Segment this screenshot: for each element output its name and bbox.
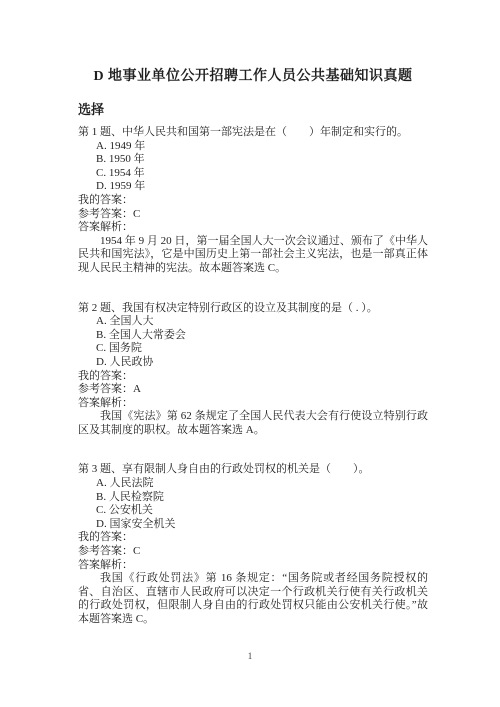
question-stem: 第 3 题、享有限制人身自由的行政处罚权的机关是（ ）。 xyxy=(78,463,428,477)
page-number: 1 xyxy=(0,650,500,662)
option-a: A. 1949 年 xyxy=(96,140,428,154)
my-answer-line: 我的答案： xyxy=(78,194,428,208)
option-c: C. 1954 年 xyxy=(96,167,428,181)
option-d: D. 人民政协 xyxy=(96,356,428,370)
analysis-label: 答案解析： xyxy=(78,559,428,573)
option-a: A. 全国人大 xyxy=(96,315,428,329)
option-d: D. 1959 年 xyxy=(96,180,428,194)
options-list: A. 人民法院 B. 人民检察院 C. 公安机关 D. 国家安全机关 xyxy=(78,477,428,531)
document-page: D 地事业单位公开招聘工作人员公共基础知识真题 选择 第 1 题、中华人民共和国… xyxy=(0,0,500,707)
option-d: D. 国家安全机关 xyxy=(96,518,428,532)
analysis-text: 我国《行政处罚法》第 16 条规定：“国务院或者经国务院授权的省、自治区、直辖市… xyxy=(78,572,428,626)
section-heading: 选择 xyxy=(78,102,428,118)
my-answer-line: 我的答案： xyxy=(78,370,428,384)
question-stem: 第 1 题、中华人民共和国第一部宪法是在（ ）年制定和实行的。 xyxy=(78,126,428,140)
analysis-label: 答案解析： xyxy=(78,397,428,411)
question-stem: 第 2 题、我国有权决定特别行政区的设立及其制度的是（ . ）。 xyxy=(78,302,428,316)
option-a: A. 人民法院 xyxy=(96,477,428,491)
question-block-2: 第 2 题、我国有权决定特别行政区的设立及其制度的是（ . ）。 A. 全国人大… xyxy=(78,302,428,438)
my-answer-label: 我的答案： xyxy=(78,531,133,543)
options-list: A. 全国人大 B. 全国人大常委会 C. 国务院 D. 人民政协 xyxy=(78,315,428,369)
my-answer-label: 我的答案： xyxy=(78,194,133,206)
document-title: D 地事业单位公开招聘工作人员公共基础知识真题 xyxy=(78,66,428,88)
reference-answer-label: 参考答案： xyxy=(78,383,133,395)
analysis-text: 我国《宪法》第 62 条规定了全国人民代表大会有行使设立特别行政区及其制度的职权… xyxy=(78,410,428,437)
question-block-1: 第 1 题、中华人民共和国第一部宪法是在（ ）年制定和实行的。 A. 1949 … xyxy=(78,126,428,276)
my-answer-label: 我的答案： xyxy=(78,370,133,382)
reference-answer-line: 参考答案：C xyxy=(78,208,428,222)
option-b: B. 人民检察院 xyxy=(96,491,428,505)
reference-answer-label: 参考答案： xyxy=(78,208,133,220)
reference-answer-label: 参考答案： xyxy=(78,545,133,557)
reference-answer-value: C xyxy=(133,545,140,557)
reference-answer-line: 参考答案：A xyxy=(78,383,428,397)
reference-answer-value: A xyxy=(133,383,141,395)
option-c: C. 国务院 xyxy=(96,342,428,356)
reference-answer-line: 参考答案：C xyxy=(78,545,428,559)
reference-answer-value: C xyxy=(133,208,140,220)
option-c: C. 公安机关 xyxy=(96,504,428,518)
option-b: B. 1950 年 xyxy=(96,153,428,167)
question-block-3: 第 3 题、享有限制人身自由的行政处罚权的机关是（ ）。 A. 人民法院 B. … xyxy=(78,463,428,626)
option-b: B. 全国人大常委会 xyxy=(96,329,428,343)
analysis-label: 答案解析： xyxy=(78,221,428,235)
options-list: A. 1949 年 B. 1950 年 C. 1954 年 D. 1959 年 xyxy=(78,140,428,194)
my-answer-line: 我的答案： xyxy=(78,531,428,545)
analysis-text: 1954 年 9 月 20 日，第一届全国人大一次会议通过、颁布了《中华人民共和… xyxy=(78,235,428,276)
